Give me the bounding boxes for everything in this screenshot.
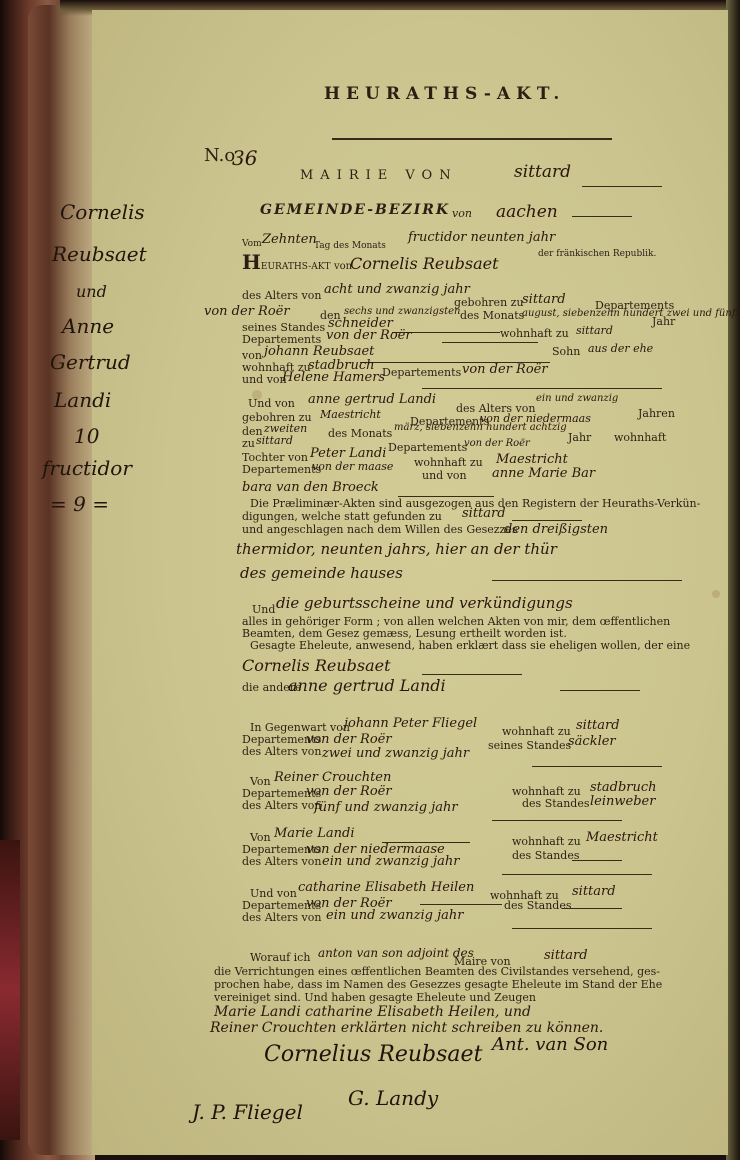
- rule: [582, 186, 662, 187]
- preliminary-line3: und angeschlagen nach dem Willen des Ges…: [242, 524, 518, 536]
- bride-father-wohnhaft-label: wohnhaft zu: [414, 457, 483, 469]
- signature-witness: J. P. Fliegel: [192, 1100, 303, 1124]
- mother-und-von-label: und von: [242, 374, 287, 386]
- groom-residence-dept: von der Roër: [326, 328, 412, 343]
- signature-groom: Cornelius Reubsaet: [264, 1042, 482, 1067]
- gebohren-label: gebohren zu: [454, 297, 524, 309]
- bezirk-von: von: [452, 208, 472, 220]
- closing-line3: vereiniget sind. Und haben gesagte Ehele…: [214, 992, 536, 1004]
- witness4-age: ein und zwanzig jahr: [326, 908, 463, 923]
- witness1-standes-label: seines Standes: [488, 740, 571, 752]
- bride-name: anne gertrud Landi: [308, 392, 436, 407]
- bride-father-dept: von der maase: [312, 460, 393, 473]
- page-stack-edge: [28, 5, 98, 1155]
- rule: [420, 904, 502, 905]
- witness1-occupation: säckler: [568, 734, 616, 749]
- act-label-rest: EURATHS-AKT: [261, 262, 331, 272]
- bride-dept-label: Departements: [388, 442, 467, 454]
- groom-act-label: HEURATHS-AKT von: [242, 256, 352, 273]
- bride-father: Peter Landi: [310, 446, 386, 461]
- witness2-standes-label: des Standes: [522, 798, 590, 810]
- closing-line1: die Verrichtungen eines œffentlichen Bea…: [214, 966, 660, 978]
- signature-mayor: Ant. van Son: [492, 1034, 608, 1055]
- documents-line3: Gesagte Eheleute, anwesend, haben erklær…: [250, 640, 690, 652]
- father-dept-label: Departements: [382, 367, 461, 379]
- tag-des-monats-label: Tag des Monats: [314, 240, 386, 252]
- rule: [502, 874, 652, 875]
- title-rule: [332, 138, 612, 140]
- mairie-value: sittard: [514, 162, 571, 182]
- bride-mother-part1: anne Marie Bar: [492, 466, 595, 481]
- right-page-edge: [726, 0, 740, 1160]
- margin-line: Cornelis: [60, 200, 145, 224]
- rule: [512, 928, 652, 929]
- preliminary-hand1: den dreißigsten: [504, 522, 608, 537]
- der-eine: Cornelis Reubsaet: [242, 656, 391, 675]
- wohnhaft-label: wohnhaft zu: [500, 328, 569, 340]
- witness2-name: Reiner Crouchten: [274, 770, 391, 785]
- documents-hand: die geburtsscheine und verkündigungs: [276, 594, 573, 612]
- bride-father-dept-label: Departements: [242, 464, 321, 476]
- margin-line: Reubsaet: [52, 242, 147, 266]
- act-number: 36: [232, 146, 257, 170]
- witness3-name: Marie Landi: [274, 826, 355, 841]
- closing-officer: anton van son adjoint des: [318, 946, 474, 960]
- preliminary-hand3: des gemeinde hauses: [240, 564, 403, 582]
- bride-zu-label: zu: [242, 438, 255, 450]
- groom-birth-month: august, siebenzehn hundert zwei und fünf…: [522, 308, 740, 319]
- groom-mother: Helene Hamers: [282, 370, 385, 385]
- mairie-label: MAIRIE VON: [300, 170, 458, 182]
- sohn-label: Sohn: [552, 346, 580, 358]
- jahren-label: Jahren: [638, 408, 675, 420]
- witness2-dept: von der Roër: [306, 784, 392, 799]
- witness3-wohnhaft-label: wohnhaft zu: [512, 836, 581, 848]
- bride-residence: sittard: [256, 434, 293, 447]
- bride-residence-dept: von der Roër: [464, 438, 530, 449]
- rule: [572, 860, 622, 861]
- bezirk-value: aachen: [496, 202, 558, 222]
- act-number-label: N.o: [204, 150, 235, 162]
- ink-stain: [712, 590, 720, 598]
- margin-line: fructidor: [42, 456, 132, 480]
- rule: [512, 520, 582, 521]
- margin-line: Gertrud: [50, 350, 131, 374]
- bride-monats-label: des Monats: [328, 428, 392, 440]
- groom-age: acht und zwanzig jahr: [324, 282, 470, 297]
- margin-line: und: [76, 282, 107, 301]
- bride-age: ein und zwanzig: [536, 393, 618, 404]
- bride-und-von-label: Und von: [248, 398, 295, 410]
- margin-line: = 9 =: [50, 492, 109, 516]
- groom-father: johann Reubsaet: [264, 344, 374, 359]
- bride-jahr-label: Jahr: [568, 432, 591, 444]
- witness4-alters-label: des Alters von: [242, 912, 321, 924]
- margin-line: Anne: [62, 314, 114, 338]
- preliminary-hand2: thermidor, neunten jahrs, hier an der th…: [236, 540, 557, 558]
- bride-birth-month: märz, siebenzehn hundert achtzig: [394, 422, 567, 433]
- act-initial: H: [242, 250, 261, 274]
- witness2-residence: stadbruch: [590, 780, 657, 795]
- groom-birth-dept: von der Roër: [204, 304, 290, 319]
- witness2-alters-label: des Alters von: [242, 800, 321, 812]
- monats-label: des Monats: [460, 310, 524, 322]
- closing-worauf: Worauf ich: [250, 952, 310, 964]
- bride-father-residence: Maestricht: [496, 452, 568, 467]
- groom-name: Cornelis Reubsaet: [350, 254, 499, 273]
- document-page: HEURATHS-AKT. N.o 36 MAIRIE VON sittard …: [92, 10, 728, 1155]
- alters-label: des Alters von: [242, 290, 321, 302]
- witness3-standes-label: des Standes: [512, 850, 580, 862]
- binding-red-cloth: [0, 840, 20, 1140]
- margin-line: 10: [74, 424, 99, 448]
- page-title: HEURATHS-AKT.: [324, 88, 565, 100]
- bride-wohnhaft-label: wohnhaft: [614, 432, 666, 444]
- closing-line2: prochen habe, dass im Namen des Gesezzes…: [214, 979, 662, 991]
- date-day: Zehnten: [262, 232, 317, 247]
- witness2-age: fünf und zwanzig jahr: [314, 800, 458, 815]
- witness2-occupation: leinweber: [590, 794, 655, 809]
- preliminary-place: sittard: [462, 506, 506, 521]
- bride-mother-part2: bara van den Broeck: [242, 480, 379, 495]
- bride-mother-und-von-label: und von: [422, 470, 467, 482]
- rule: [422, 674, 522, 675]
- republik-label: der fränkischen Republik.: [538, 248, 656, 260]
- witness4-standes-label: des Standes: [504, 900, 572, 912]
- groom-father-dept: von der Roër: [462, 362, 548, 377]
- witness1-name: johann Peter Fliegel: [344, 716, 477, 731]
- rule: [422, 388, 662, 389]
- vom-label: Vom: [242, 238, 262, 250]
- preliminary-line2: digungen, welche statt gefunden zu: [242, 511, 442, 523]
- rule: [532, 766, 662, 767]
- closing-place: sittard: [544, 948, 588, 963]
- witness4-name: catharine Elisabeth Heilen: [298, 880, 474, 895]
- witness3-residence: Maestricht: [586, 830, 658, 845]
- bride-birthplace: Maestricht: [320, 408, 381, 421]
- witness3-age: ein und zwanzig jahr: [322, 854, 459, 869]
- jahr-label: Jahr: [652, 316, 675, 328]
- rule: [442, 342, 538, 343]
- witness1-wohnhaft-label: wohnhaft zu: [502, 726, 571, 738]
- rule: [562, 908, 622, 909]
- rule: [560, 690, 640, 691]
- witness1-residence: sittard: [576, 718, 620, 733]
- rule: [492, 820, 622, 821]
- witness4-residence: sittard: [572, 884, 616, 899]
- margin-line: Landi: [54, 388, 111, 412]
- sohn-suffix: aus der ehe: [588, 342, 653, 355]
- groom-birthplace: sittard: [522, 292, 566, 307]
- closing-hand1: Marie Landi catharine Elisabeth Heilen, …: [214, 1004, 531, 1020]
- rule: [572, 216, 632, 217]
- signature-bride: G. Landy: [348, 1086, 438, 1110]
- bezirk-label: GEMEINDE-BEZIRK: [260, 204, 450, 216]
- date-month-year: fructidor neunten jahr: [408, 230, 555, 245]
- groom-residence: sittard: [576, 324, 613, 337]
- witness1-alters-label: des Alters von: [242, 746, 321, 758]
- rule: [492, 580, 682, 581]
- witness3-alters-label: des Alters von: [242, 856, 321, 868]
- die-andere: anne gertrud Landi: [288, 676, 446, 695]
- witness1-age: zwei und zwanzig jahr: [322, 746, 469, 761]
